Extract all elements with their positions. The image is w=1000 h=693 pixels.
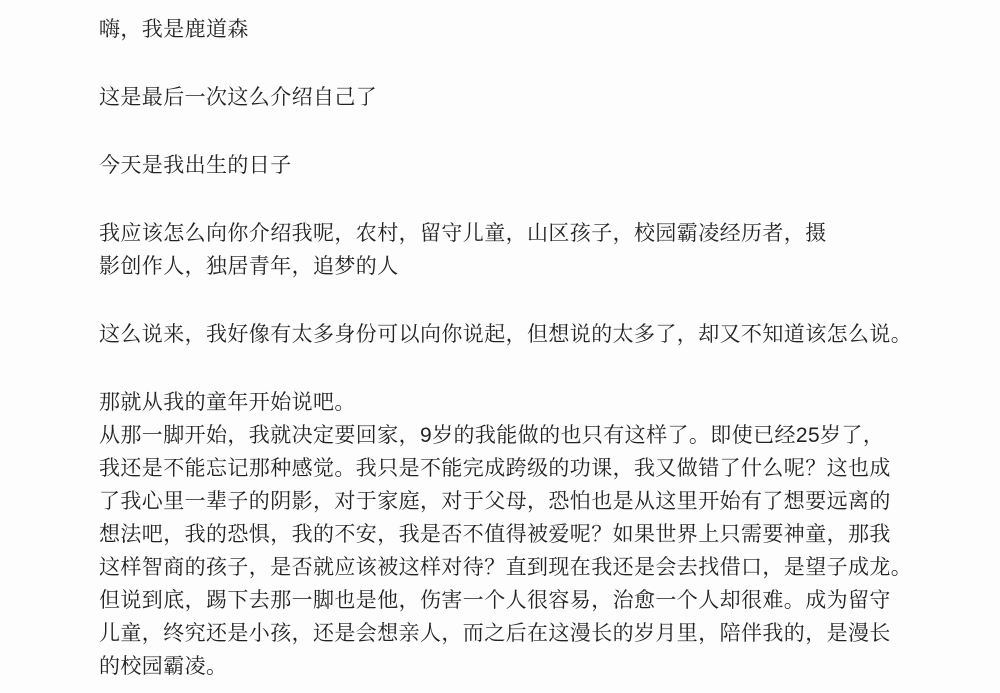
paragraph: 嗨，我是鹿道森 [99,13,940,46]
paragraph: 那就从我的童年开始说吧。从那一脚开始，我就决定要回家，9岁的我能做的也只有这样了… [99,386,940,683]
text-line: 这是最后一次这么介绍自己了 [99,81,940,114]
text-line: 今天是我出生的日子 [99,149,940,182]
text-line: 这样智商的孩子，是否就应该被这样对待？直到现在我还是会去找借口，是望子成龙。 [99,551,940,584]
text-line: 我应该怎么向你介绍我呢，农村，留守儿童，山区孩子，校园霸凌经历者，摄 [99,217,940,250]
paragraph: 今天是我出生的日子 [99,149,940,182]
letter-page: 嗨，我是鹿道森这是最后一次这么介绍自己了今天是我出生的日子我应该怎么向你介绍我呢… [0,0,1000,693]
text-line: 想法吧，我的恐惧，我的不安，我是否不值得被爱呢？如果世界上只需要神童，那我 [99,518,940,551]
paragraph: 这是最后一次这么介绍自己了 [99,81,940,114]
text-line: 影创作人，独居青年，追梦的人 [99,250,940,283]
text-line: 那就从我的童年开始说吧。 [99,386,940,419]
text-line: 从那一脚开始，我就决定要回家，9岁的我能做的也只有这样了。即使已经25岁了， [99,419,940,452]
text-line: 这么说来，我好像有太多身份可以向你说起，但想说的太多了，却又不知道该怎么说。 [99,318,940,351]
text-line: 嗨，我是鹿道森 [99,13,940,46]
paragraph: 这么说来，我好像有太多身份可以向你说起，但想说的太多了，却又不知道该怎么说。 [99,318,940,351]
text-line: 但说到底，踢下去那一脚也是他，伤害一个人很容易，治愈一个人却很难。成为留守 [99,584,940,617]
text-line: 我还是不能忘记那种感觉。我只是不能完成跨级的功课，我又做错了什么呢？这也成 [99,452,940,485]
text-line: 了我心里一辈子的阴影，对于家庭，对于父母，恐怕也是从这里开始有了想要远离的 [99,485,940,518]
paragraph: 我应该怎么向你介绍我呢，农村，留守儿童，山区孩子，校园霸凌经历者，摄影创作人，独… [99,217,940,283]
text-line: 的校园霸凌。 [99,650,940,683]
letter-body: 嗨，我是鹿道森这是最后一次这么介绍自己了今天是我出生的日子我应该怎么向你介绍我呢… [99,13,940,683]
text-line: 儿童，终究还是小孩，还是会想亲人，而之后在这漫长的岁月里，陪伴我的，是漫长 [99,617,940,650]
